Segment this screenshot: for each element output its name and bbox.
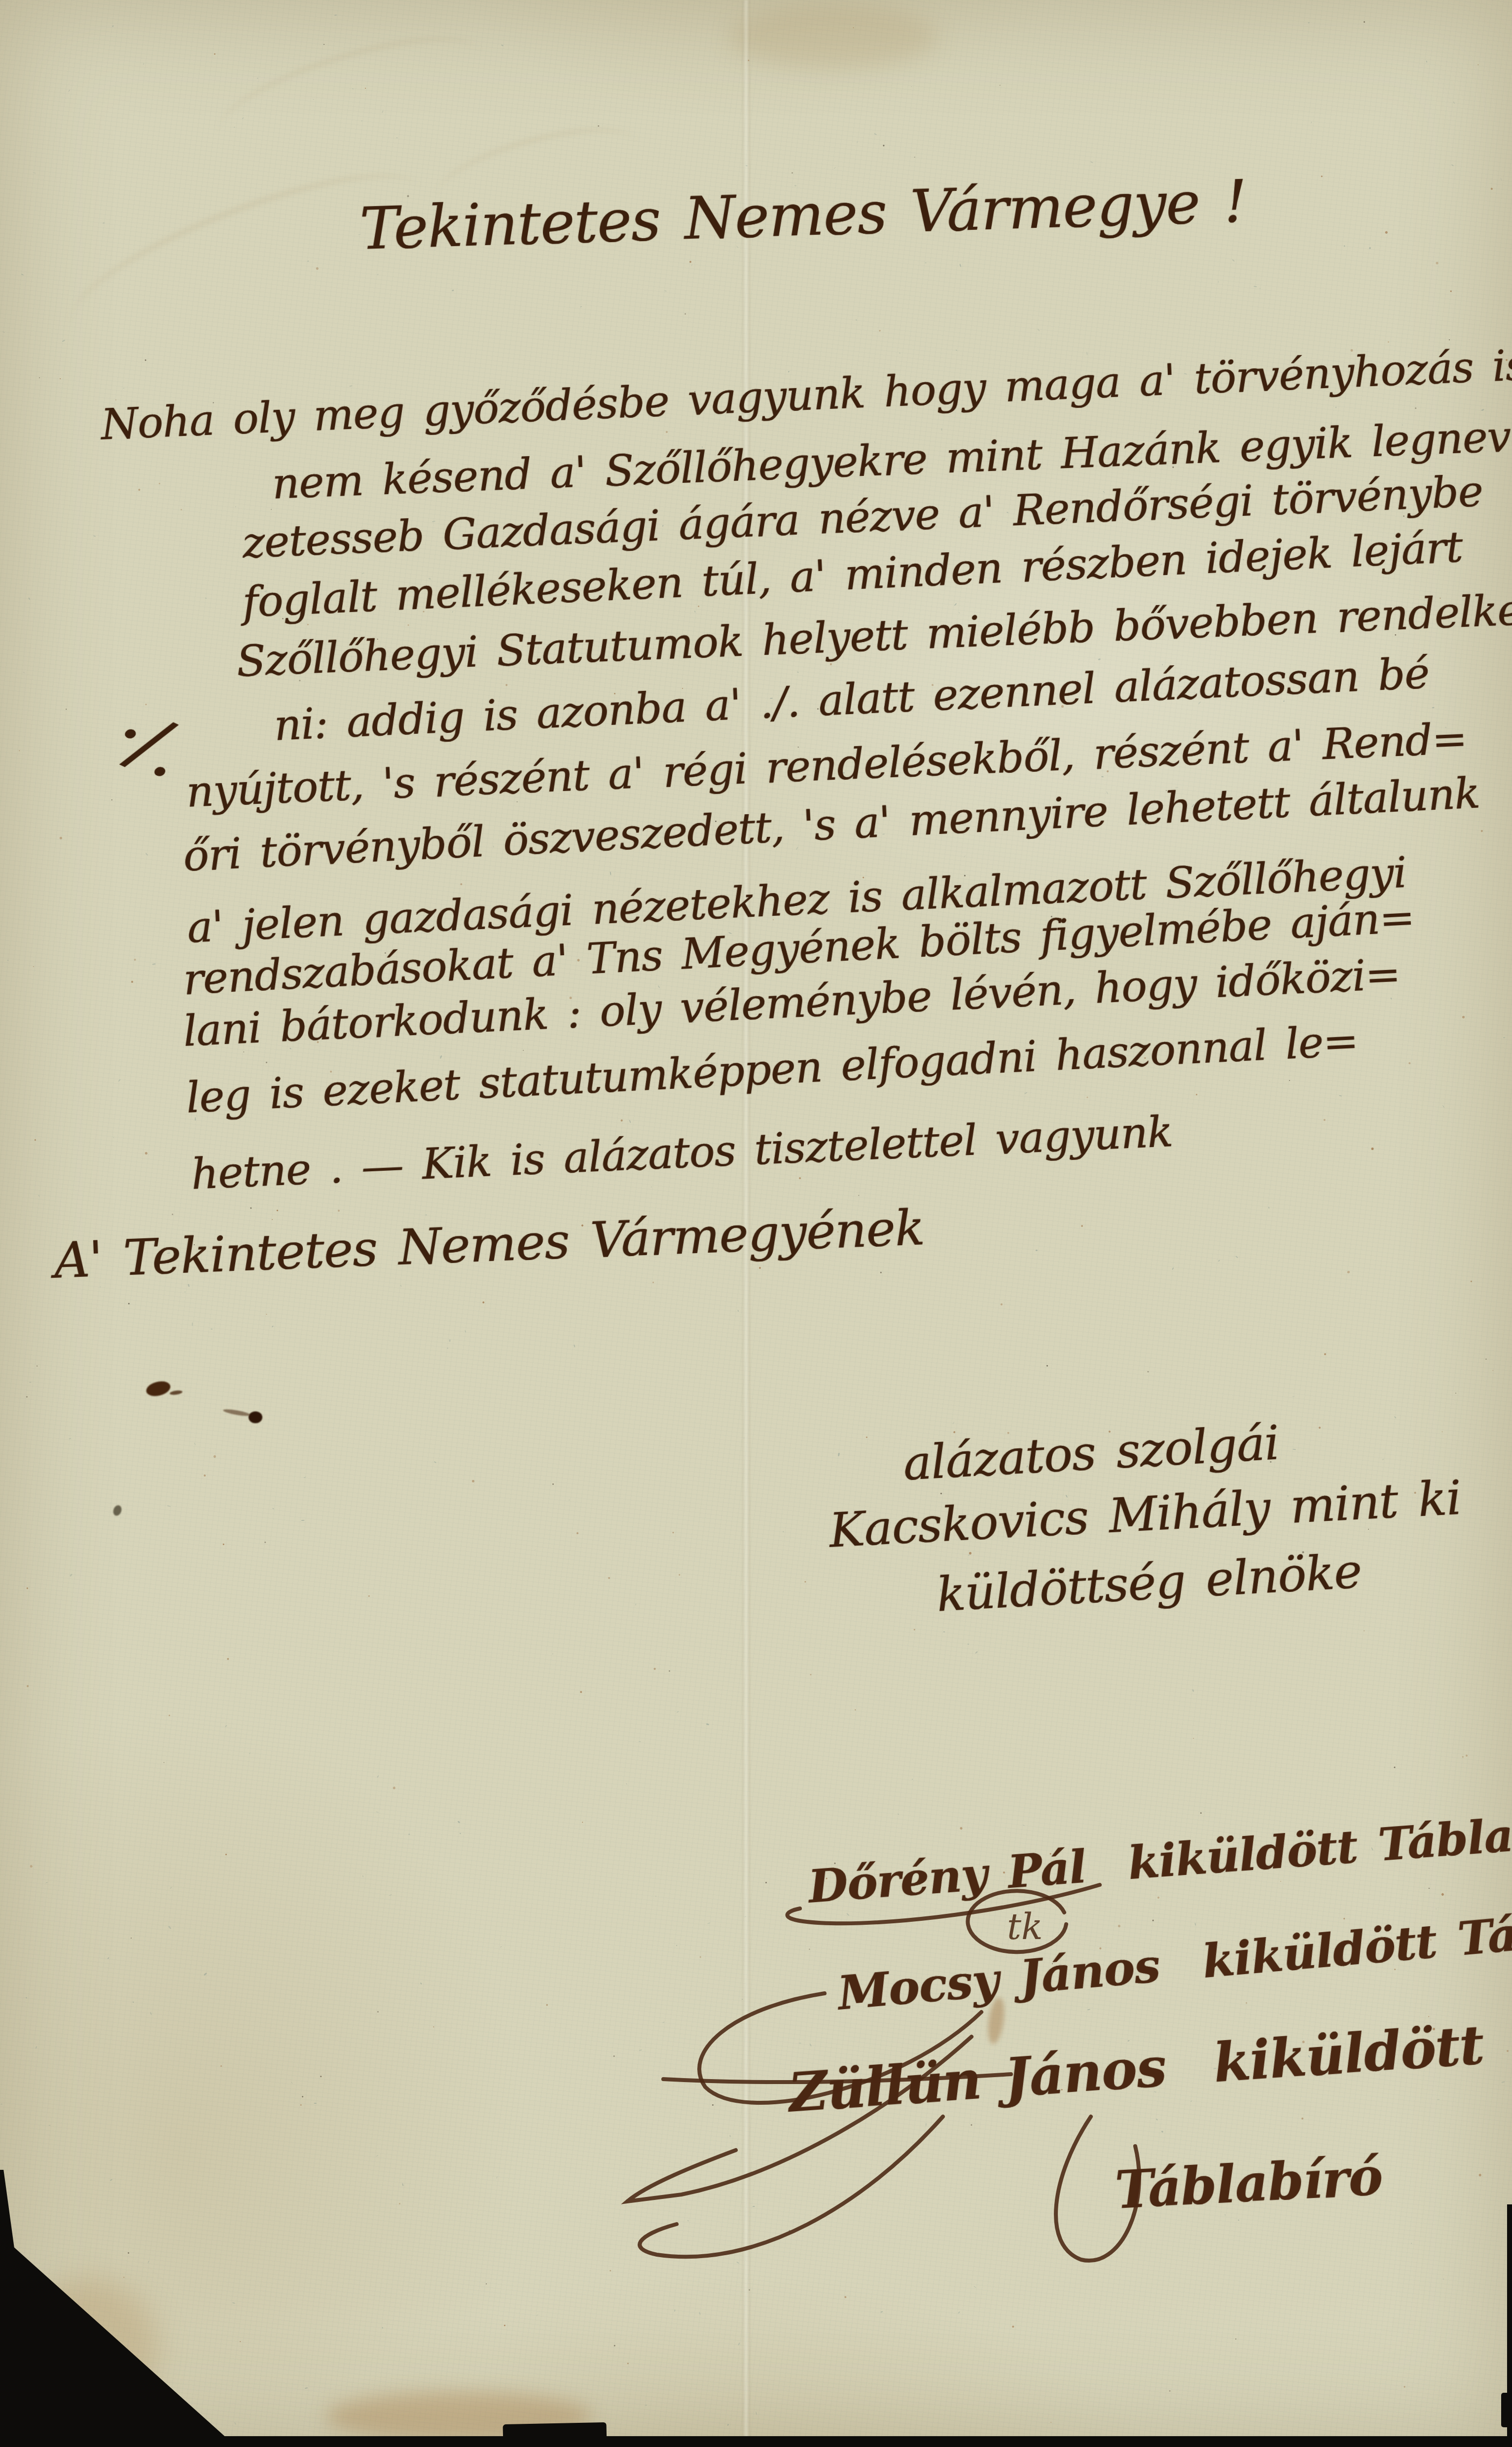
- closing-line: alázatos szolgái: [901, 1415, 1280, 1491]
- ghost-writing: [207, 16, 493, 171]
- ink-blot: [170, 1390, 183, 1396]
- signature-flourish: tk: [567, 1800, 1504, 2293]
- addressee-line: A' Tekintetes Nemes Vármegyének: [53, 1198, 925, 1290]
- ink-blot: [112, 1504, 123, 1517]
- ink-blot: [223, 1408, 251, 1417]
- paraph-initials: tk: [1007, 1906, 1043, 1947]
- ink-blot: [144, 1379, 172, 1398]
- scan-edge-right-notch: [1501, 2393, 1512, 2427]
- stain: [730, 5, 937, 69]
- ink-blot: [249, 1411, 262, 1423]
- closing-line: küldöttség elnöke: [935, 1544, 1363, 1622]
- body-line: hetne . — Kik is alázatos tisztelettel v…: [190, 1107, 1173, 1199]
- scan-edge-bottom-bump: [503, 2422, 607, 2447]
- scan-edge-bottom: [217, 2436, 1512, 2447]
- margin-reference-mark: ·/.: [102, 690, 195, 795]
- manuscript-page: Tekintetes Nemes Vármegye ! ·/. Noha oly…: [0, 0, 1512, 2447]
